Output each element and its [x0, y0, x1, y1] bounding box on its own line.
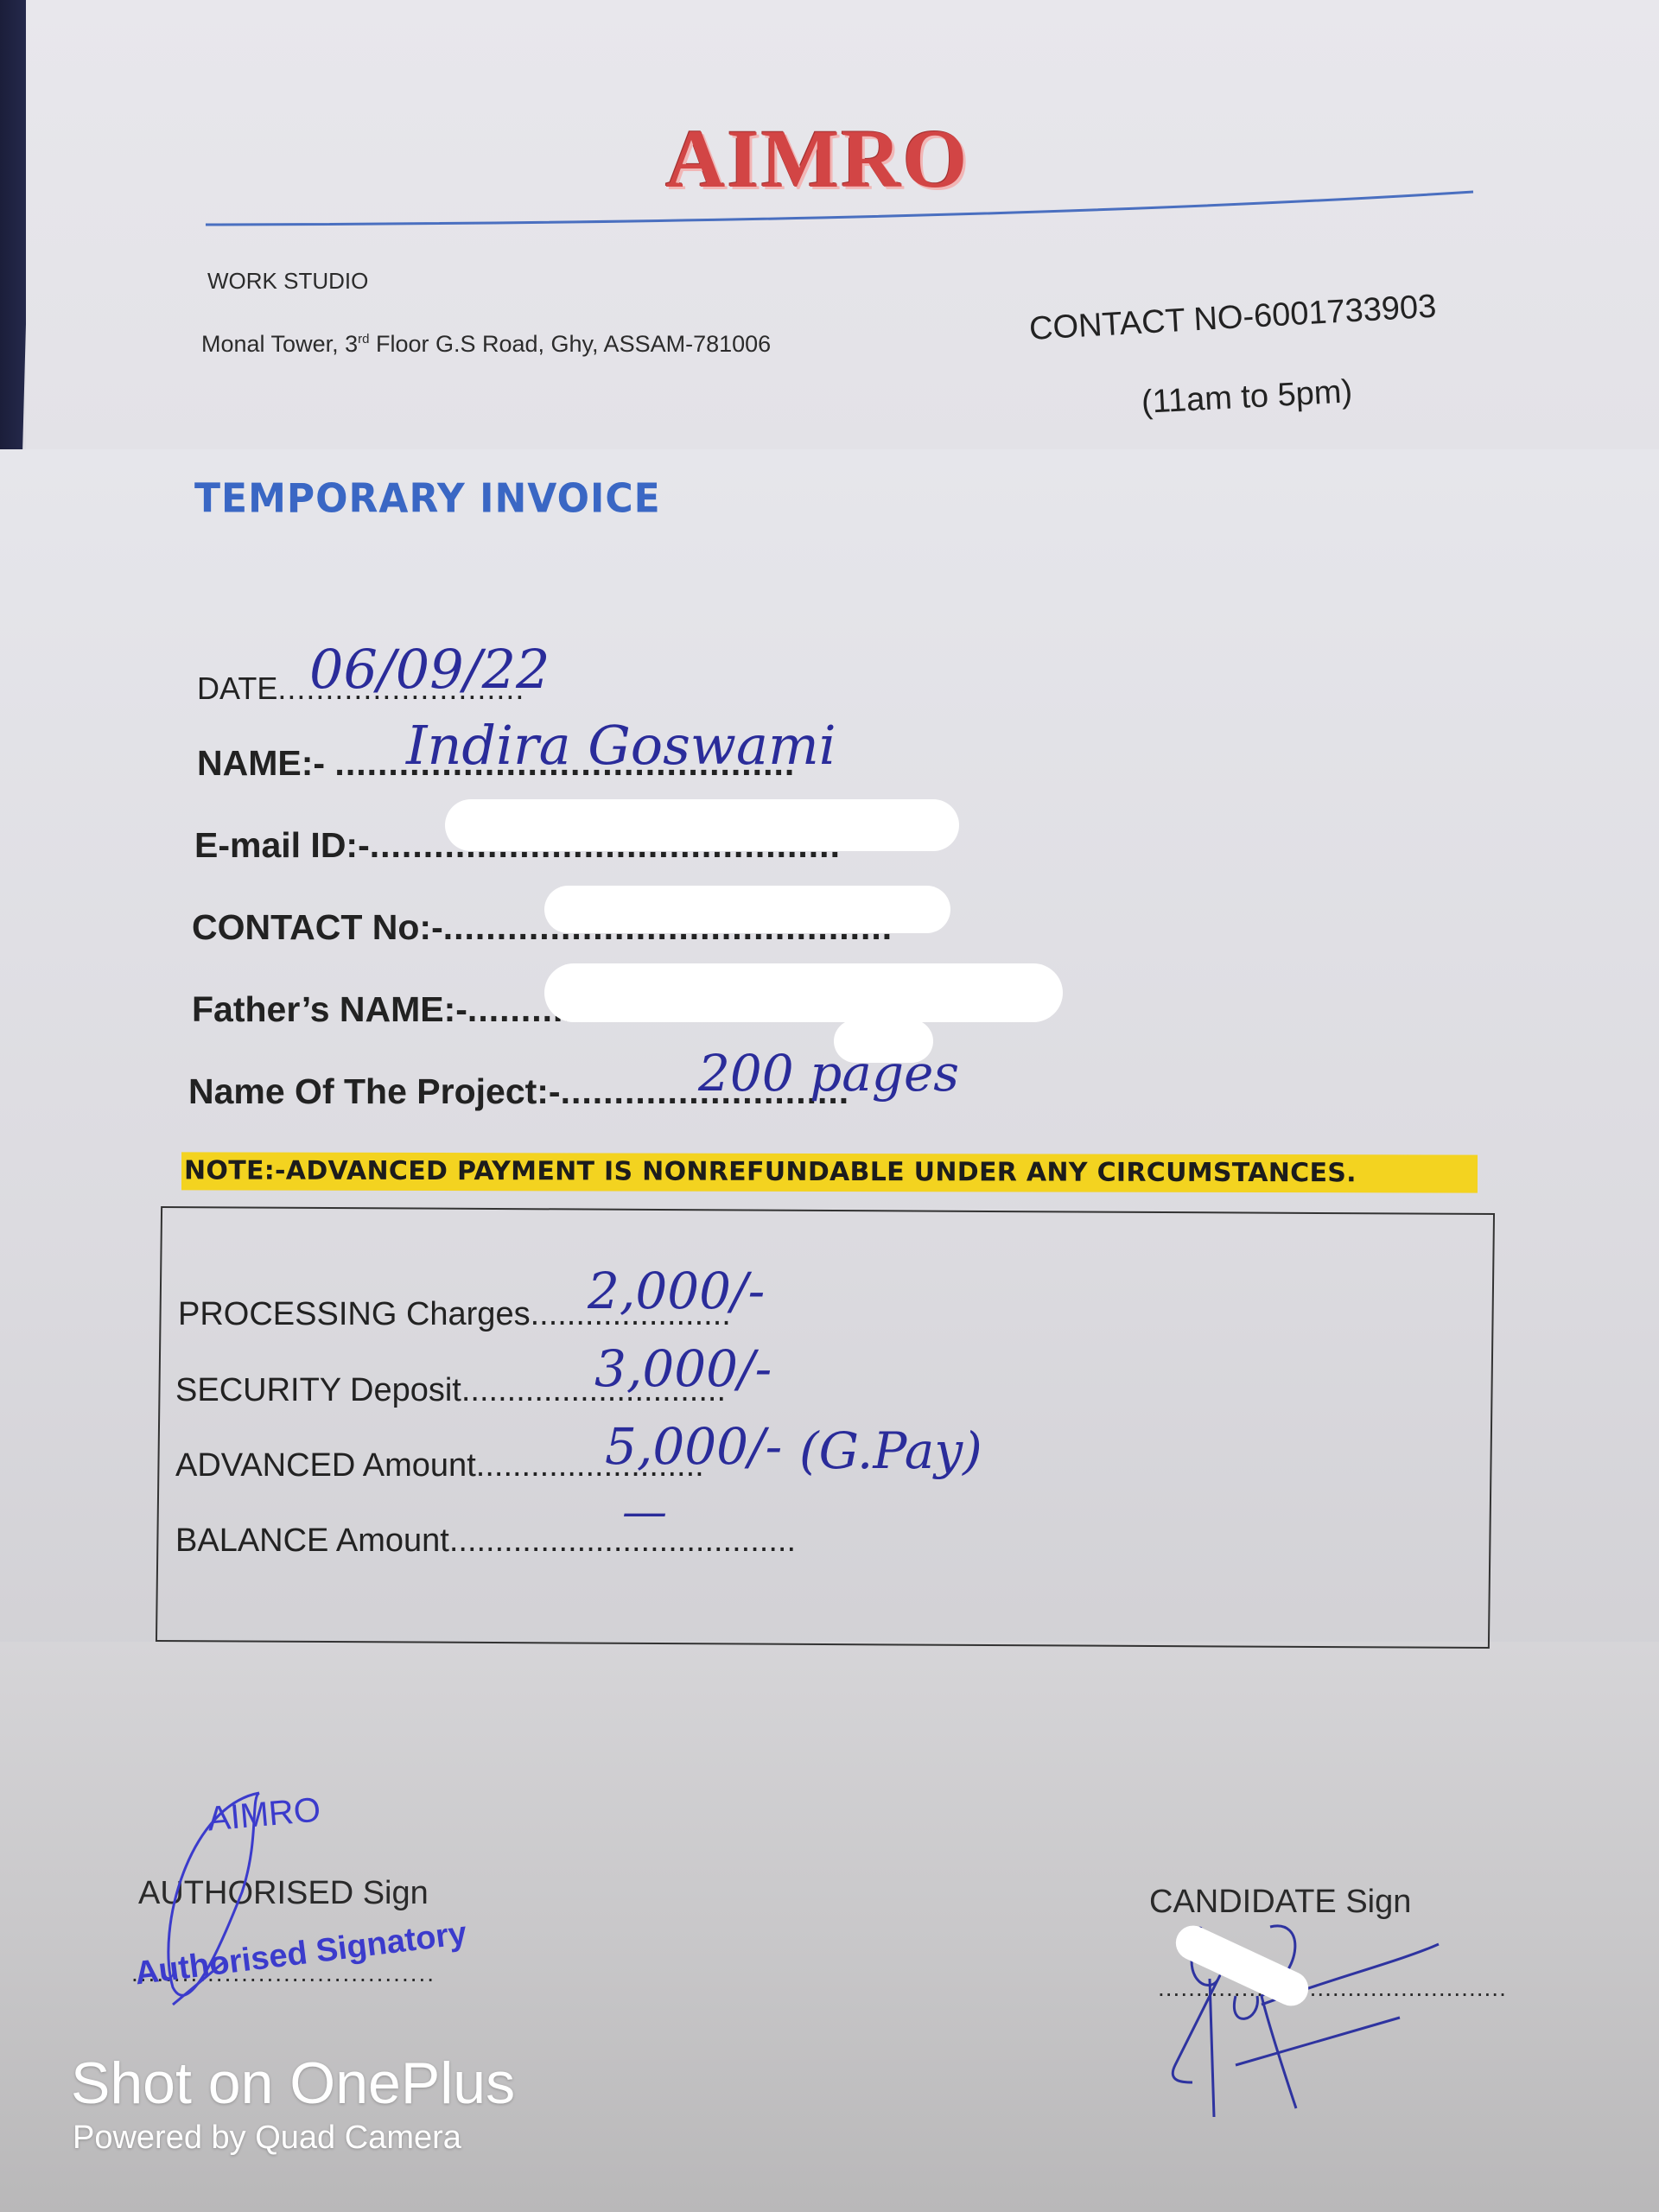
header-rule — [199, 181, 1512, 233]
camera-watermark-subtitle: Powered by Quad Camera — [73, 2120, 461, 2157]
nonrefundable-note: NOTE:-ADVANCED PAYMENT IS NONREFUNDABLE … — [181, 1152, 1478, 1192]
address: Monal Tower, 3rd Floor G.S Road, Ghy, AS… — [201, 331, 771, 358]
work-studio-label: WORK STUDIO — [207, 268, 368, 295]
name-value: Indira Goswami — [406, 714, 836, 777]
redaction-email — [445, 799, 959, 851]
authorised-signature — [156, 1789, 328, 2022]
page-title: TEMPORARY INVOICE — [194, 476, 661, 523]
camera-watermark-title: Shot on OnePlus — [71, 2050, 515, 2117]
date-value: 06/09/22 — [309, 638, 550, 701]
payment-method-note: (G.Pay) — [799, 1421, 982, 1480]
balance-amount-row: BALANCE Amount..........................… — [175, 1522, 796, 1560]
advanced-amount-value: 5,000/- — [605, 1417, 782, 1476]
processing-charges-value: 2,000/- — [588, 1262, 765, 1320]
project-value: 200 pages — [698, 1044, 959, 1103]
redaction-contact — [544, 886, 950, 933]
redaction-father-name — [544, 963, 1063, 1022]
security-deposit-value: 3,000/- — [594, 1339, 772, 1398]
balance-amount-value: — — [622, 1486, 667, 1538]
